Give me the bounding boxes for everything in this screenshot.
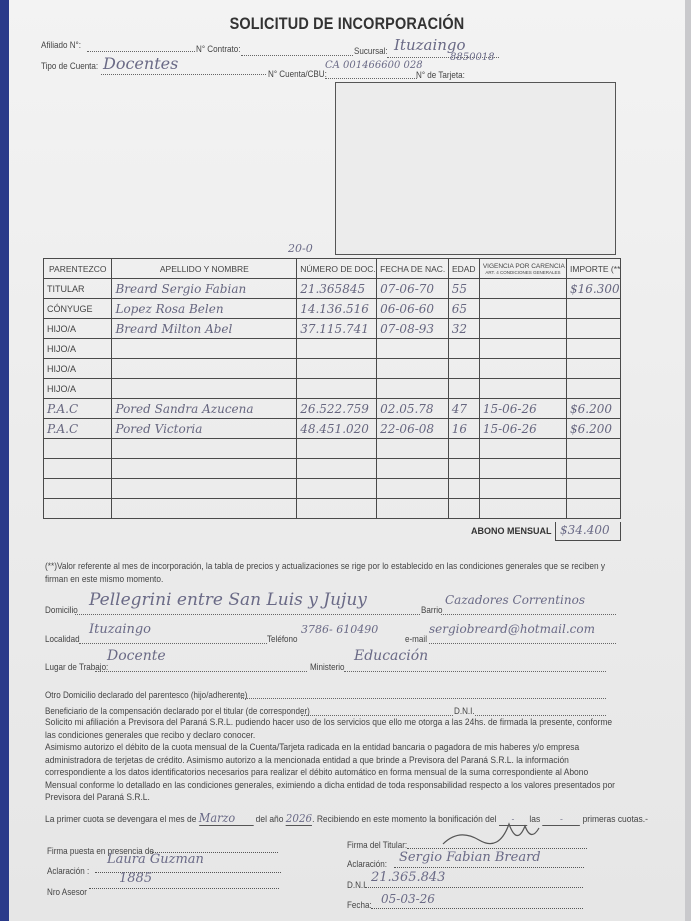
- cell-edad[interactable]: 47: [448, 399, 479, 419]
- afiliado-field[interactable]: [87, 41, 195, 52]
- contrato-field[interactable]: [241, 45, 353, 56]
- cell-vigencia[interactable]: [479, 499, 566, 519]
- cell-nombre[interactable]: Pored Victoria: [112, 419, 297, 439]
- cuota-mes[interactable]: Marzo: [199, 811, 254, 826]
- email-label: e-mail: [405, 634, 427, 645]
- cell-edad[interactable]: 32: [448, 319, 479, 339]
- cell-nombre[interactable]: Lopez Rosa Belen: [112, 299, 297, 319]
- background-edge-right: [685, 0, 691, 921]
- cell-fecha-nac[interactable]: [377, 339, 449, 359]
- cell-parentezco[interactable]: [44, 499, 112, 519]
- cell-nombre[interactable]: [112, 379, 297, 399]
- table-row: HIJO/A: [44, 379, 621, 399]
- cell-nombre[interactable]: Breard Sergio Fabian: [112, 279, 297, 299]
- signature-icon: [439, 818, 549, 850]
- cell-importe[interactable]: [567, 359, 621, 379]
- afiliado-label: Afiliado N°:: [41, 40, 81, 51]
- table-row: TITULARBreard Sergio Fabian21.36584507-0…: [44, 279, 621, 299]
- col-vigencia: VIGENCIA POR CARENCIA ART. 4 CONDICIONES…: [479, 259, 566, 279]
- cell-vigencia[interactable]: [479, 439, 566, 459]
- cell-vigencia[interactable]: [479, 359, 566, 379]
- cell-doc[interactable]: [297, 479, 377, 499]
- table-row: [44, 479, 621, 499]
- cell-edad[interactable]: [448, 359, 479, 379]
- cell-doc[interactable]: [297, 459, 377, 479]
- cell-fecha-nac[interactable]: [377, 499, 449, 519]
- col-vigencia-label: VIGENCIA POR CARENCIA: [483, 263, 565, 270]
- cell-vigencia[interactable]: 15-06-26: [479, 399, 566, 419]
- domicilio-label: Domicilio: [45, 605, 78, 616]
- cell-importe[interactable]: $16.300: [567, 279, 621, 299]
- cell-vigencia[interactable]: 15-06-26: [479, 419, 566, 439]
- table-row: P.A.CPored Victoria48.451.02022-06-08161…: [44, 419, 621, 439]
- cell-edad[interactable]: 55: [448, 279, 479, 299]
- asesor-value: 1885: [119, 871, 152, 886]
- cell-fecha-nac[interactable]: [377, 479, 449, 499]
- col-parentezco: PARENTEZCO: [44, 259, 112, 279]
- cell-doc[interactable]: 26.522.759: [297, 399, 377, 419]
- cuota-anio-label: del año: [256, 814, 284, 824]
- barrio-label: Barrio: [421, 605, 443, 616]
- abono-label: ABONO MENSUAL: [471, 526, 552, 536]
- col-vigencia-sub: ART. 4 CONDICIONES GENERALES: [483, 270, 563, 275]
- cell-doc[interactable]: 21.365845: [297, 279, 377, 299]
- dni-titular-label: D.N.I.: [347, 880, 368, 891]
- cuenta-cbu-value: CA 001466600 028: [325, 60, 423, 71]
- trabajo-value: Docente: [107, 648, 166, 664]
- cuota-prefix: La primer cuota se devengara el mes de: [45, 814, 196, 824]
- cell-vigencia[interactable]: [479, 459, 566, 479]
- tarjeta-label: N° de Tarjeta:: [416, 70, 465, 81]
- otro-domicilio-field[interactable]: [241, 688, 606, 699]
- cell-parentezco[interactable]: P.A.C: [44, 399, 112, 419]
- photo-note: 20-0: [288, 242, 313, 255]
- cell-edad[interactable]: [448, 439, 479, 459]
- cuota-line: La primer cuota se devengara el mes de M…: [45, 811, 648, 826]
- cell-nombre[interactable]: Pored Sandra Azucena: [112, 399, 297, 419]
- cell-nombre[interactable]: [112, 459, 297, 479]
- cell-importe[interactable]: [567, 339, 621, 359]
- cuota-suffix: primeras cuotas.-: [583, 814, 648, 824]
- beneficiario-dni-field[interactable]: [475, 705, 606, 716]
- cell-parentezco[interactable]: HIJO/A: [44, 339, 112, 359]
- cuenta-cbu-extra: 8850018: [450, 52, 495, 63]
- cell-edad[interactable]: 65: [448, 299, 479, 319]
- cell-vigencia[interactable]: [479, 279, 566, 299]
- cell-parentezco[interactable]: [44, 439, 112, 459]
- cell-fecha-nac[interactable]: [377, 379, 449, 399]
- cell-fecha-nac[interactable]: 07-06-70: [377, 279, 449, 299]
- cell-fecha-nac[interactable]: [377, 359, 449, 379]
- cell-doc[interactable]: 48.451.020: [297, 419, 377, 439]
- cell-importe[interactable]: [567, 459, 621, 479]
- cell-importe[interactable]: [567, 299, 621, 319]
- cell-edad[interactable]: [448, 499, 479, 519]
- abono-value: $34.400: [560, 523, 610, 537]
- cell-doc[interactable]: [297, 379, 377, 399]
- cell-vigencia[interactable]: [479, 379, 566, 399]
- asesor-field[interactable]: [89, 888, 279, 889]
- cell-doc[interactable]: 37.115.741: [297, 319, 377, 339]
- beneficiario-field[interactable]: [301, 705, 453, 716]
- cell-importe[interactable]: [567, 499, 621, 519]
- cell-vigencia[interactable]: [479, 299, 566, 319]
- ministerio-value: Educación: [354, 648, 428, 664]
- cell-vigencia[interactable]: [479, 319, 566, 339]
- aclaracion-right-label: Aclaración:: [347, 859, 387, 870]
- dni-titular-field[interactable]: [365, 887, 583, 888]
- cell-fecha-nac[interactable]: 06-06-60: [377, 299, 449, 319]
- cell-nombre[interactable]: [112, 359, 297, 379]
- cuota-anio[interactable]: 2026: [286, 812, 312, 826]
- ministerio-label: Ministerio: [310, 662, 345, 673]
- col-apellido-nombre: APELLIDO Y NOMBRE: [112, 259, 297, 279]
- cell-doc[interactable]: [297, 499, 377, 519]
- cell-doc[interactable]: [297, 439, 377, 459]
- cell-fecha-nac[interactable]: 07-08-93: [377, 319, 449, 339]
- asesor-label: Nro Asesor: [47, 887, 87, 898]
- table-row: HIJO/ABreard Milton Abel37.115.74107-08-…: [44, 319, 621, 339]
- fecha-value: 05-03-26: [381, 892, 435, 906]
- cell-parentezco[interactable]: CÓNYUGE: [44, 299, 112, 319]
- cell-edad[interactable]: [448, 479, 479, 499]
- table-row: CÓNYUGELopez Rosa Belen14.136.51606-06-6…: [44, 299, 621, 319]
- contrato-label: N° Contrato:: [196, 44, 241, 55]
- cell-importe[interactable]: $6.200: [567, 419, 621, 439]
- cell-vigencia[interactable]: [479, 339, 566, 359]
- cell-nombre[interactable]: [112, 499, 297, 519]
- legal-paragraph-2: Asimismo autorizo el débito de la cuota …: [45, 741, 620, 804]
- otro-domicilio-label: Otro Domicilio declarado del parentesco …: [45, 690, 247, 701]
- cell-parentezco[interactable]: P.A.C: [44, 419, 112, 439]
- members-table: PARENTEZCO APELLIDO Y NOMBRE NÚMERO DE D…: [43, 258, 621, 519]
- cell-parentezco[interactable]: HIJO/A: [44, 379, 112, 399]
- cell-nombre[interactable]: [112, 439, 297, 459]
- col-fecha-nac: FECHA DE NAC.: [377, 259, 449, 279]
- col-numero-doc: NÚMERO DE DOC.: [297, 259, 377, 279]
- cell-nombre[interactable]: [112, 339, 297, 359]
- table-header-row: PARENTEZCO APELLIDO Y NOMBRE NÚMERO DE D…: [44, 259, 621, 279]
- dni-titular-value: 21.365.843: [371, 870, 445, 885]
- cell-vigencia[interactable]: [479, 479, 566, 499]
- cell-fecha-nac[interactable]: [377, 439, 449, 459]
- fecha-label: Fecha:: [347, 900, 372, 911]
- email-value: sergiobreard@hotmail.com: [429, 622, 595, 636]
- localidad-label: Localidad: [45, 634, 80, 645]
- cell-parentezco[interactable]: HIJO/A: [44, 319, 112, 339]
- barrio-value: Cazadores Correntinos: [445, 593, 585, 607]
- domicilio-value: Pellegrini entre San Luis y Jujuy: [89, 590, 367, 610]
- cell-edad[interactable]: [448, 339, 479, 359]
- sucursal-label: Sucursal:: [354, 46, 388, 57]
- cell-doc[interactable]: 14.136.516: [297, 299, 377, 319]
- background-edge: [0, 0, 9, 921]
- cell-nombre[interactable]: [112, 479, 297, 499]
- cell-importe[interactable]: $6.200: [567, 399, 621, 419]
- cell-parentezco[interactable]: TITULAR: [44, 279, 112, 299]
- table-row: [44, 499, 621, 519]
- cell-importe[interactable]: [567, 439, 621, 459]
- cell-parentezco[interactable]: HIJO/A: [44, 359, 112, 379]
- cell-edad[interactable]: 16: [448, 419, 479, 439]
- table-row: HIJO/A: [44, 339, 621, 359]
- price-note: (**)Valor referente al mes de incorporac…: [45, 560, 620, 585]
- cuenta-cbu-label: N° Cuenta/CBU:: [268, 69, 327, 80]
- cell-edad[interactable]: [448, 379, 479, 399]
- telefono-label: Teléfono: [267, 634, 298, 645]
- cell-doc[interactable]: [297, 359, 377, 379]
- tipo-cuenta-label: Tipo de Cuenta:: [41, 61, 98, 72]
- col-importe: IMPORTE (**): [567, 259, 621, 279]
- cell-doc[interactable]: [297, 339, 377, 359]
- form-title: SOLICITUD DE INCORPORACIÓN: [60, 14, 635, 34]
- cell-fecha-nac[interactable]: 02.05.78: [377, 399, 449, 419]
- abono-box[interactable]: $34.400: [555, 522, 621, 541]
- col-edad: EDAD: [448, 259, 479, 279]
- aclaracion-right-value: Sergio Fabian Breard: [399, 850, 541, 865]
- tipo-cuenta-value: Docentes: [103, 54, 178, 73]
- localidad-value: Ituzaingo: [89, 622, 151, 637]
- table-row: [44, 439, 621, 459]
- cell-nombre[interactable]: Breard Milton Abel: [112, 319, 297, 339]
- cell-fecha-nac[interactable]: [377, 459, 449, 479]
- cell-parentezco[interactable]: [44, 479, 112, 499]
- photo-box: [335, 82, 616, 255]
- cell-importe[interactable]: [567, 379, 621, 399]
- fecha-field[interactable]: [371, 908, 583, 909]
- legal-paragraph-1: Solicito mi afiliación a Previsora del P…: [45, 716, 620, 741]
- aclaracion-left-label: Aclaración :: [47, 866, 89, 877]
- cell-edad[interactable]: [448, 459, 479, 479]
- aclaracion-left-value: Laura Guzman: [107, 852, 204, 867]
- cell-importe[interactable]: [567, 319, 621, 339]
- table-row: P.A.CPored Sandra Azucena26.522.75902.05…: [44, 399, 621, 419]
- table-row: HIJO/A: [44, 359, 621, 379]
- form-page: SOLICITUD DE INCORPORACIÓN Afiliado N°: …: [9, 0, 685, 921]
- table-row: [44, 459, 621, 479]
- telefono-value[interactable]: 3786- 610490: [301, 623, 378, 636]
- cell-parentezco[interactable]: [44, 459, 112, 479]
- cell-fecha-nac[interactable]: 22-06-08: [377, 419, 449, 439]
- cell-importe[interactable]: [567, 479, 621, 499]
- aclaracion-right-field[interactable]: [394, 867, 584, 868]
